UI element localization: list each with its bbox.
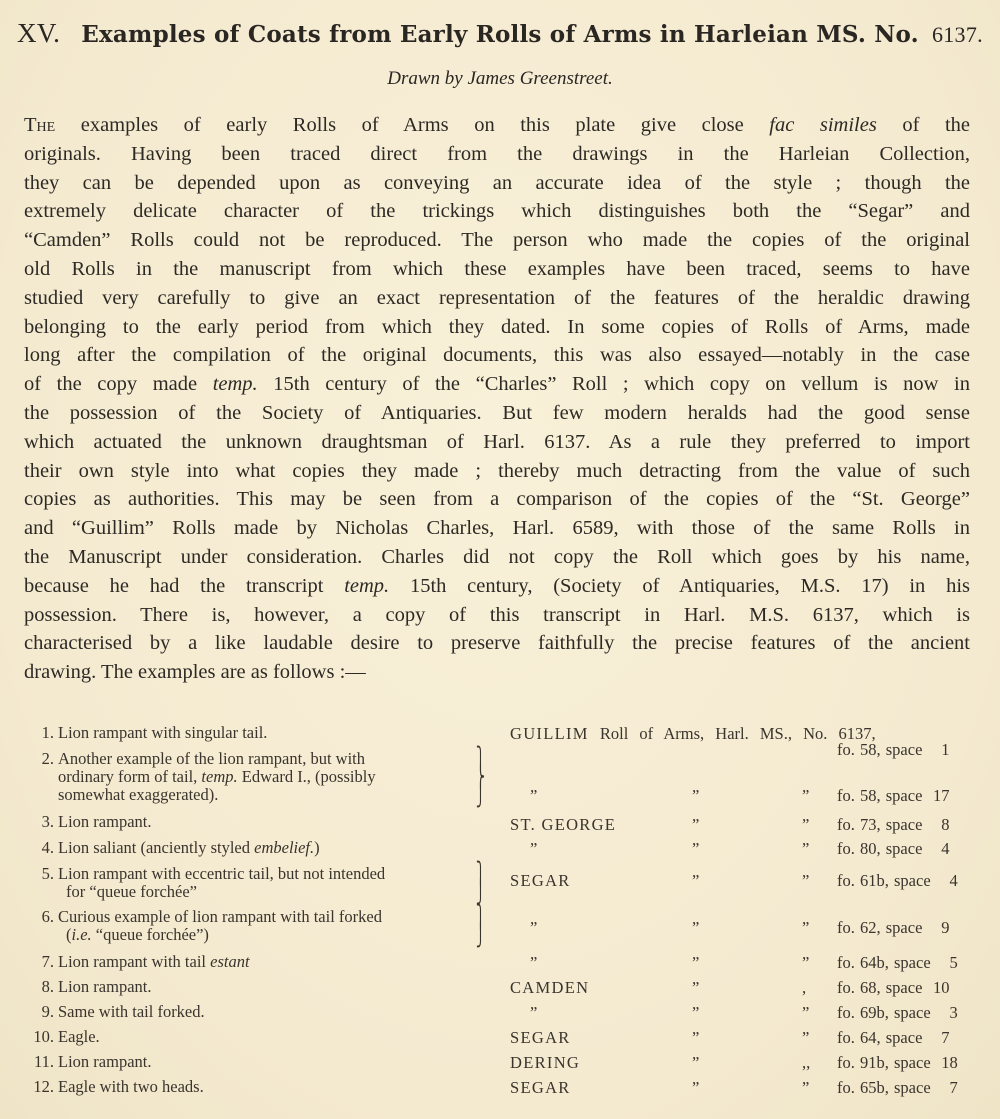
paragraph-line: the possession of the Society of Antiqua…: [24, 399, 970, 428]
example-text: Another example of the lion rampant, but…: [58, 749, 365, 768]
paragraph-line: possession. There is, however, a copy of…: [24, 601, 970, 630]
space-number: 5: [936, 953, 958, 973]
space-number: 10: [928, 978, 950, 998]
example-first-line: 10.Eagle.: [24, 1028, 479, 1046]
ditto-mark: ”: [802, 1028, 809, 1048]
folio-reference: fo. 64b, space 5: [837, 953, 958, 973]
example-text: Lion rampant.: [58, 1052, 151, 1071]
folio-reference: fo. 61b, space 4: [837, 871, 958, 891]
paragraph-line: characterised by a like laudable desire …: [24, 629, 970, 658]
paragraph-line: they can be depended upon as conveying a…: [24, 169, 970, 198]
example-first-line: 9.Same with tail forked.: [24, 1003, 479, 1021]
ditto-mark: ”: [802, 839, 809, 859]
example-description: 1.Lion rampant with singular tail.: [24, 724, 479, 742]
ditto-mark: ”: [692, 1028, 699, 1048]
example-first-line: 8.Lion rampant.: [24, 978, 479, 996]
ditto-mark: ”: [802, 1078, 809, 1098]
example-description: 8.Lion rampant.: [24, 978, 479, 996]
example-number: 11.: [24, 1053, 54, 1071]
example-row: 11.Lion rampant.DERING”,,fo. 91b, space …: [24, 1053, 976, 1071]
example-row: 2.Another example of the lion rampant, b…: [24, 750, 976, 804]
folio-reference: fo. 65b, space 7: [837, 1078, 958, 1098]
page-subtitle: Drawn by James Greenstreet.: [0, 68, 1000, 90]
example-number: 4.: [24, 839, 54, 857]
example-text: Lion saliant (anciently styled embelief.…: [58, 838, 320, 857]
roll-name: ST. GEORGE: [510, 815, 616, 835]
example-first-line: 2.Another example of the lion rampant, b…: [24, 750, 479, 768]
example-text: Same with tail forked.: [58, 1002, 205, 1021]
example-row: 9.Same with tail forked.”””fo. 69b, spac…: [24, 1003, 976, 1021]
space-number: 8: [928, 815, 950, 835]
example-citation: CAMDEN”,fo. 68, space 10: [510, 978, 976, 1000]
example-text: Lion rampant.: [58, 812, 151, 831]
example-citation: SEGAR””fo. 61b, space 4: [510, 871, 976, 893]
roll-name: ”: [530, 786, 537, 806]
example-continuation-line: ordinary form of tail, temp. Edward I., …: [24, 768, 479, 786]
folio-reference: fo. 68, space 10: [837, 978, 950, 998]
title-text: Examples of Coats from Early Rolls of Ar…: [81, 21, 919, 48]
example-continuation-line: somewhat exaggerated).: [24, 786, 479, 804]
example-description: 4.Lion saliant (anciently styled embelie…: [24, 839, 479, 857]
roll-name: GUILLIM: [510, 724, 589, 743]
ditto-mark: ”: [802, 871, 809, 891]
roll-name: SEGAR: [510, 1078, 571, 1098]
example-first-line: 4.Lion saliant (anciently styled embelie…: [24, 839, 479, 857]
example-continuation-line: for “queue forchée”: [24, 883, 479, 901]
example-description: 5.Lion rampant with eccentric tail, but …: [24, 865, 479, 901]
roll-name: ”: [530, 953, 537, 973]
example-description: 3.Lion rampant.: [24, 813, 479, 831]
folio-reference: fo. 58, space 17: [837, 786, 950, 806]
brace-icon: ⎫⎭: [476, 908, 485, 944]
ditto-mark: ”: [692, 839, 699, 859]
example-number: 10.: [24, 1028, 54, 1046]
ditto-mark: ”: [692, 1003, 699, 1023]
example-citation: DERING”,,fo. 91b, space 18: [510, 1053, 976, 1075]
ditto-mark: ”: [802, 786, 809, 806]
example-number: 3.: [24, 813, 54, 831]
example-citation: ”””fo. 58, space 17: [510, 786, 976, 808]
folio-reference: fo. 80, space 4: [837, 839, 950, 859]
ditto-mark: ”: [692, 1078, 699, 1098]
ditto-mark: ,: [802, 978, 806, 998]
space-number: 7: [936, 1078, 958, 1098]
space-number: 7: [928, 1028, 950, 1048]
example-text: Lion rampant with tail estant: [58, 952, 250, 971]
example-first-line: 3.Lion rampant.: [24, 813, 479, 831]
example-row: 4.Lion saliant (anciently styled embelie…: [24, 839, 976, 857]
folio-reference: fo. 69b, space 3: [837, 1003, 958, 1023]
example-text: Eagle.: [58, 1027, 100, 1046]
example-number: 2.: [24, 750, 54, 768]
ditto-mark: ”: [692, 953, 699, 973]
ditto-mark: ”: [692, 1053, 699, 1073]
folio-reference: fo. 73, space 8: [837, 815, 950, 835]
ditto-mark: ”: [692, 978, 699, 998]
example-citation: ”””fo. 64b, space 5: [510, 953, 976, 975]
example-row: 1.Lion rampant with singular tail.GUILLI…: [24, 724, 976, 742]
example-citation: SEGAR””fo. 64, space 7: [510, 1028, 976, 1050]
intro-paragraph: The examples of early Rolls of Arms on t…: [24, 111, 970, 687]
example-number: 6.: [24, 908, 54, 926]
roll-name: ”: [530, 918, 537, 938]
brace-icon: ⎫⎭: [476, 865, 485, 901]
paragraph-line: their own style into what copies they ma…: [24, 457, 970, 486]
example-description: 10.Eagle.: [24, 1028, 479, 1046]
example-first-line: 12.Eagle with two heads.: [24, 1078, 479, 1096]
example-first-line: 11.Lion rampant.: [24, 1053, 479, 1071]
document-page: XV. Examples of Coats from Early Rolls o…: [0, 0, 1000, 1119]
example-description: 7.Lion rampant with tail estant: [24, 953, 479, 971]
roll-name: SEGAR: [510, 871, 571, 891]
paragraph-line: old Rolls in the manuscript from which t…: [24, 255, 970, 284]
page-title: XV. Examples of Coats from Early Rolls o…: [0, 18, 1000, 49]
manuscript-number: 6137.: [932, 22, 983, 47]
paragraph-line: “Camden” Rolls could not be reproduced. …: [24, 226, 970, 255]
ditto-mark: ”: [692, 815, 699, 835]
ditto-mark: ”: [802, 953, 809, 973]
example-row: 5.Lion rampant with eccentric tail, but …: [24, 865, 976, 901]
example-text: Lion rampant.: [58, 977, 151, 996]
paragraph-line: originals. Having been traced direct fro…: [24, 140, 970, 169]
example-row: 6.Curious example of lion rampant with t…: [24, 908, 976, 944]
roll-name: SEGAR: [510, 1028, 571, 1048]
ditto-mark: ,,: [802, 1053, 810, 1073]
plate-numeral: XV.: [17, 18, 60, 48]
example-description: 6.Curious example of lion rampant with t…: [24, 908, 479, 944]
example-number: 9.: [24, 1003, 54, 1021]
ditto-mark: ”: [802, 1003, 809, 1023]
space-number: 9: [928, 918, 950, 938]
space-number: 18: [936, 1053, 958, 1073]
space-number: 4: [936, 871, 958, 891]
example-description: 2.Another example of the lion rampant, b…: [24, 750, 479, 804]
example-first-line: 7.Lion rampant with tail estant: [24, 953, 479, 971]
space-number: 3: [936, 1003, 958, 1023]
paragraph-line: because he had the transcript temp. 15th…: [24, 572, 970, 601]
ditto-mark: ”: [692, 871, 699, 891]
example-continuation-line: (i.e. “queue forchée”): [24, 926, 479, 944]
paragraph-line: copies as authorities. This may be seen …: [24, 485, 970, 514]
paragraph-line: The examples of early Rolls of Arms on t…: [24, 111, 970, 140]
example-text: Curious example of lion rampant with tai…: [58, 907, 382, 926]
space-number: 4: [928, 839, 950, 859]
paragraph-line: extremely delicate character of the tric…: [24, 197, 970, 226]
roll-name: ”: [530, 839, 537, 859]
example-text: Lion rampant with eccentric tail, but no…: [58, 864, 385, 883]
example-row: 10.Eagle.SEGAR””fo. 64, space 7: [24, 1028, 976, 1046]
example-first-line: 1.Lion rampant with singular tail.: [24, 724, 479, 742]
example-number: 7.: [24, 953, 54, 971]
example-number: 1.: [24, 724, 54, 742]
ditto-mark: ”: [692, 786, 699, 806]
example-row: 12.Eagle with two heads.SEGAR””fo. 65b, …: [24, 1078, 976, 1096]
paragraph-line: long after the compilation of the origin…: [24, 341, 970, 370]
folio-reference: fo. 64, space 7: [837, 1028, 950, 1048]
example-number: 5.: [24, 865, 54, 883]
roll-name: CAMDEN: [510, 978, 589, 998]
roll-name: ”: [530, 1003, 537, 1023]
brace-icon: ⎫⎬⎭: [476, 750, 485, 804]
example-citation: ”””fo. 69b, space 3: [510, 1003, 976, 1025]
example-number: 12.: [24, 1078, 54, 1096]
folio-reference: fo. 91b, space 18: [837, 1053, 958, 1073]
folio-reference: fo. 62, space 9: [837, 918, 950, 938]
example-citation: ”””fo. 62, space 9: [510, 918, 976, 940]
example-number: 8.: [24, 978, 54, 996]
ditto-mark: ”: [802, 918, 809, 938]
paragraph-line: of the copy made temp. 15th century of t…: [24, 370, 970, 399]
example-description: 9.Same with tail forked.: [24, 1003, 479, 1021]
example-citation: SEGAR””fo. 65b, space 7: [510, 1078, 976, 1100]
example-citation: ”””fo. 80, space 4: [510, 839, 976, 861]
paragraph-line: the Manuscript under consideration. Char…: [24, 543, 970, 572]
ditto-mark: ”: [802, 815, 809, 835]
example-row: 8.Lion rampant.CAMDEN”,fo. 68, space 10: [24, 978, 976, 996]
example-citation: ST. GEORGE””fo. 73, space 8: [510, 815, 976, 837]
paragraph-line: studied very carefully to give an exact …: [24, 284, 970, 313]
example-first-line: 6.Curious example of lion rampant with t…: [24, 908, 479, 926]
space-number: 17: [928, 786, 950, 806]
example-description: 11.Lion rampant.: [24, 1053, 479, 1071]
paragraph-line: belonging to the early period from which…: [24, 313, 970, 342]
ditto-mark: ”: [692, 918, 699, 938]
roll-citation-header: GUILLIM Roll of Arms, Harl. MS., No. 613…: [510, 724, 876, 744]
paragraph-line: which actuated the unknown draughtsman o…: [24, 428, 970, 457]
example-first-line: 5.Lion rampant with eccentric tail, but …: [24, 865, 479, 883]
roll-name: DERING: [510, 1053, 580, 1073]
example-text: Eagle with two heads.: [58, 1077, 204, 1096]
paragraph-line: drawing. The examples are as follows :—: [24, 658, 970, 687]
example-row: 7.Lion rampant with tail estant”””fo. 64…: [24, 953, 976, 971]
example-text: Lion rampant with singular tail.: [58, 723, 267, 742]
example-row: 3.Lion rampant.ST. GEORGE””fo. 73, space…: [24, 813, 976, 831]
example-description: 12.Eagle with two heads.: [24, 1078, 479, 1096]
paragraph-line: and “Guillim” Rolls made by Nicholas Cha…: [24, 514, 970, 543]
